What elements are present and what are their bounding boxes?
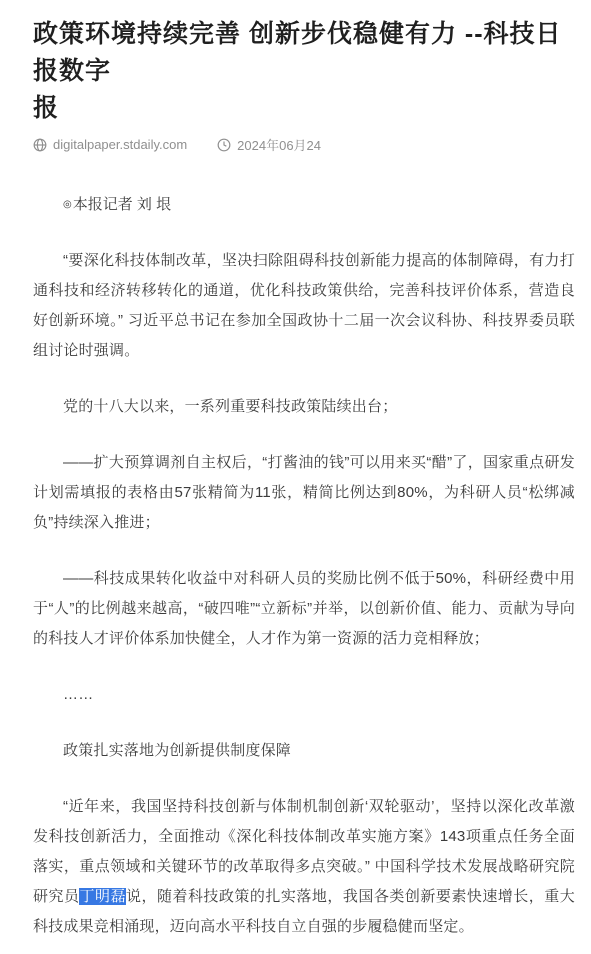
page-title: 政策环境持续完善 创新步伐稳健有力 --科技日报数字 报: [33, 16, 575, 127]
globe-icon: [33, 138, 47, 152]
paragraph-budget-reform: ——扩大预算调剂自主权后，“打酱油的钱”可以用来买“醋”了，国家重点研发计划需填…: [33, 448, 575, 538]
paragraph-quote-xi: “要深化科技体制改革，坚决扫除阻碍科技创新能力提高的体制障碍，有力打通科技和经济…: [33, 246, 575, 366]
clock-icon: [217, 138, 231, 152]
paragraph-ellipsis: ……: [33, 680, 575, 710]
selected-text-highlight: 丁明磊: [79, 888, 125, 905]
source-item: digitalpaper.stdaily.com: [33, 137, 187, 152]
source-text: digitalpaper.stdaily.com: [53, 137, 187, 152]
section-subheading: 政策扎实落地为创新提供制度保障: [33, 736, 575, 766]
article-page: 政策环境持续完善 创新步伐稳健有力 --科技日报数字 报 digitalpape…: [0, 0, 591, 954]
date-text: 2024年06月24: [237, 135, 321, 154]
paragraph-final: “近年来，我国坚持科技创新与体制机制创新‘双轮驱动’，坚持以深化改革激发科技创新…: [33, 792, 575, 942]
byline: ◎本报记者 刘 垠: [33, 190, 575, 220]
date-item: 2024年06月24: [217, 135, 321, 154]
paragraph-talent-evaluation: ——科技成果转化收益中对科研人员的奖励比例不低于50%，科研经费中用于“人”的比…: [33, 564, 575, 654]
byline-symbol: ◎: [63, 199, 72, 210]
article-meta: digitalpaper.stdaily.com 2024年06月24: [33, 135, 575, 154]
paragraph-policies-intro: 党的十八大以来，一系列重要科技政策陆续出台；: [33, 392, 575, 422]
byline-text: 本报记者 刘 垠: [73, 196, 171, 213]
